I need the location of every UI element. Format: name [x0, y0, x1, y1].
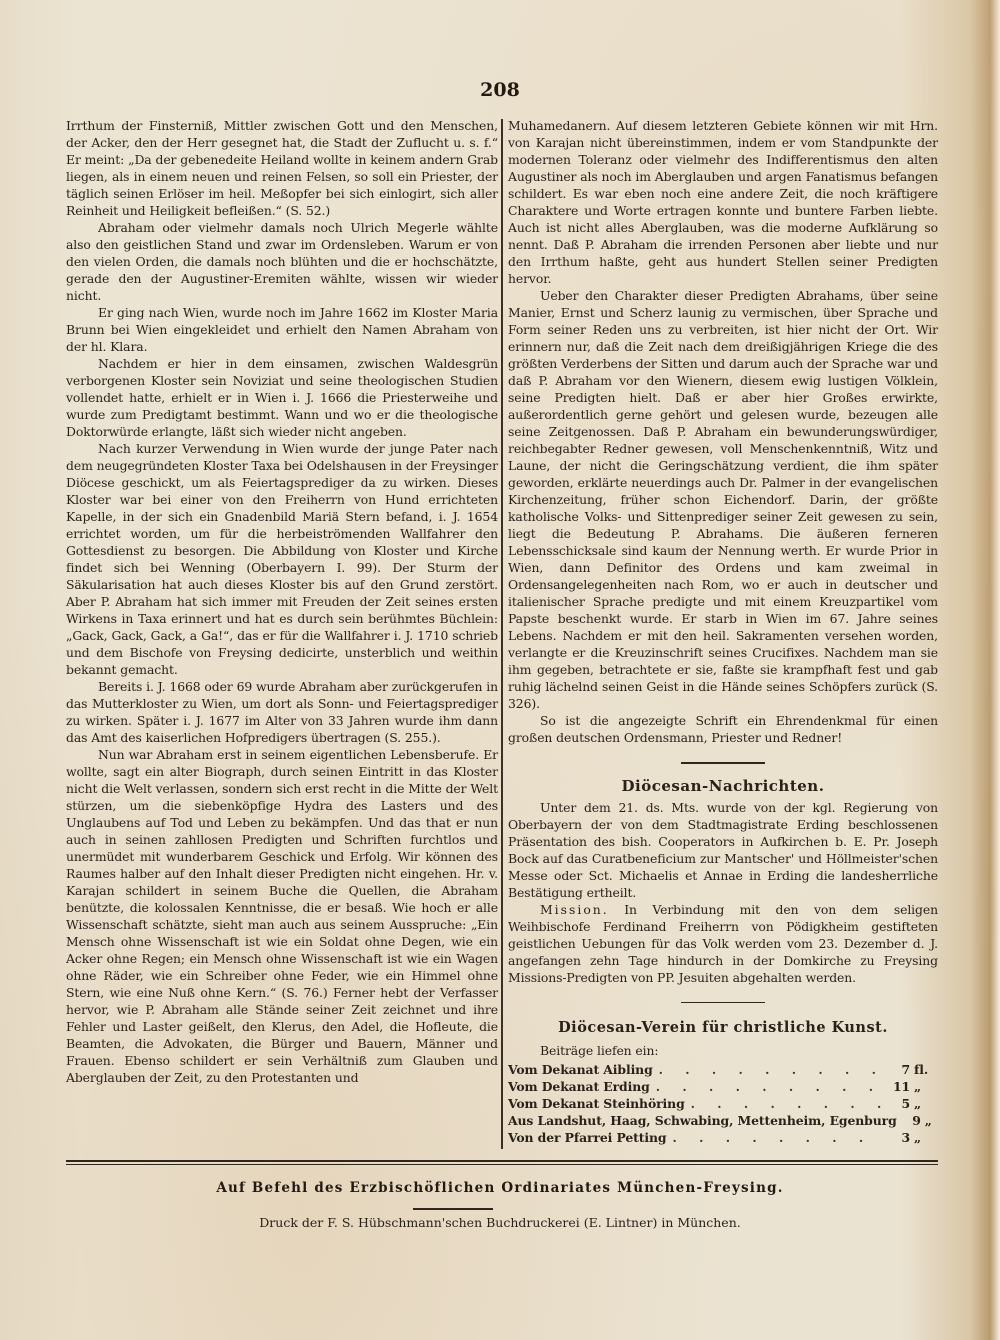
contribution-amount: 3 [888, 1129, 910, 1146]
contribution-row: Vom Dekanat Steinhöring . . . . . . . . … [508, 1095, 938, 1112]
section-divider [681, 762, 765, 764]
news-paragraph: Mission. In Verbindung mit den von dem s… [508, 901, 938, 986]
paragraph: Nach kurzer Verwendung in Wien wurde der… [66, 440, 498, 678]
contribution-source: Vom Dekanat Erding [508, 1078, 650, 1095]
contribution-row: Von der Pfarrei Petting . . . . . . . . … [508, 1129, 938, 1146]
leader-dots: . . . . . . . . . . . . . . . . . . . . [672, 1129, 882, 1146]
contribution-source: Von der Pfarrei Petting [508, 1129, 666, 1146]
paragraph: Ueber den Charakter dieser Predigten Abr… [508, 287, 938, 712]
paragraph: Abraham oder vielmehr damals noch Ulrich… [66, 219, 498, 304]
column-divider [501, 119, 503, 1149]
paragraph: Irrthum der Finsterniß, Mittler zwischen… [66, 117, 498, 219]
paragraph: Muhamedanern. Auf diesem letzteren Gebie… [508, 117, 938, 287]
page-number: 208 [0, 79, 1000, 101]
contribution-amount: 11 [888, 1078, 910, 1095]
footer-authority: Auf Befehl des Erzbischöflichen Ordinari… [0, 1180, 1000, 1196]
right-column: Muhamedanern. Auf diesem letzteren Gebie… [508, 117, 938, 1146]
contribution-row: Vom Dekanat Erding . . . . . . . . . . .… [508, 1078, 938, 1095]
contribution-amount: 5 [888, 1095, 910, 1112]
contribution-unit: „ [910, 1095, 938, 1112]
paragraph: Nachdem er hier in dem einsamen, zwische… [66, 355, 498, 440]
paragraph: So ist die angezeigte Schrift ein Ehrend… [508, 712, 938, 746]
contribution-row: Vom Dekanat Aibling . . . . . . . . . . … [508, 1061, 938, 1078]
contribution-row: Aus Landshut, Haag, Schwabing, Mettenhei… [508, 1112, 938, 1129]
section-heading-art-society: Diöcesan-Verein für christliche Kunst. [508, 1019, 938, 1036]
contribution-amount: 9 [909, 1112, 921, 1129]
contribution-unit: „ [910, 1129, 938, 1146]
footer-double-rule-bottom [66, 1164, 938, 1165]
contribution-unit: „ [921, 1112, 938, 1129]
contribution-unit: „ [910, 1078, 938, 1095]
contribution-source: Aus Landshut, Haag, Schwabing, Mettenhei… [508, 1112, 897, 1129]
mission-label: Mission. [540, 902, 609, 917]
leader-dots: . . . . . . . . . . . . . . . . . . . . [691, 1095, 882, 1112]
newspaper-page: 208 Irrthum der Finsterniß, Mittler zwis… [0, 0, 1000, 1340]
contribution-source: Vom Dekanat Aibling [508, 1061, 653, 1078]
paragraph: Nun war Abraham erst in seinem eigentlic… [66, 746, 498, 1086]
leader-dots: . . . . . . . . . . . . . . . . . . . . [659, 1061, 882, 1078]
contributions-intro: Beiträge liefen ein: [508, 1042, 938, 1059]
footer-divider [413, 1208, 493, 1210]
paragraph: Er ging nach Wien, wurde noch im Jahre 1… [66, 304, 498, 355]
footer-printer: Druck der F. S. Hübschmann'schen Buchdru… [0, 1215, 1000, 1230]
contribution-amount: 7 [888, 1061, 910, 1078]
news-paragraph: Unter dem 21. ds. Mts. wurde von der kgl… [508, 799, 938, 901]
paragraph: Bereits i. J. 1668 oder 69 wurde Abraham… [66, 678, 498, 746]
left-column: Irrthum der Finsterniß, Mittler zwischen… [66, 117, 498, 1086]
contribution-source: Vom Dekanat Steinhöring [508, 1095, 685, 1112]
contributions-list: Vom Dekanat Aibling . . . . . . . . . . … [508, 1061, 938, 1146]
section-divider [681, 1002, 765, 1004]
contribution-unit: fl. [910, 1061, 938, 1078]
section-heading-dioecesan-news: Diöcesan-Nachrichten. [508, 778, 938, 795]
leader-dots: . . . . . . . . . . . . . . . . . . . . [656, 1078, 882, 1095]
footer-double-rule-top [66, 1160, 938, 1162]
